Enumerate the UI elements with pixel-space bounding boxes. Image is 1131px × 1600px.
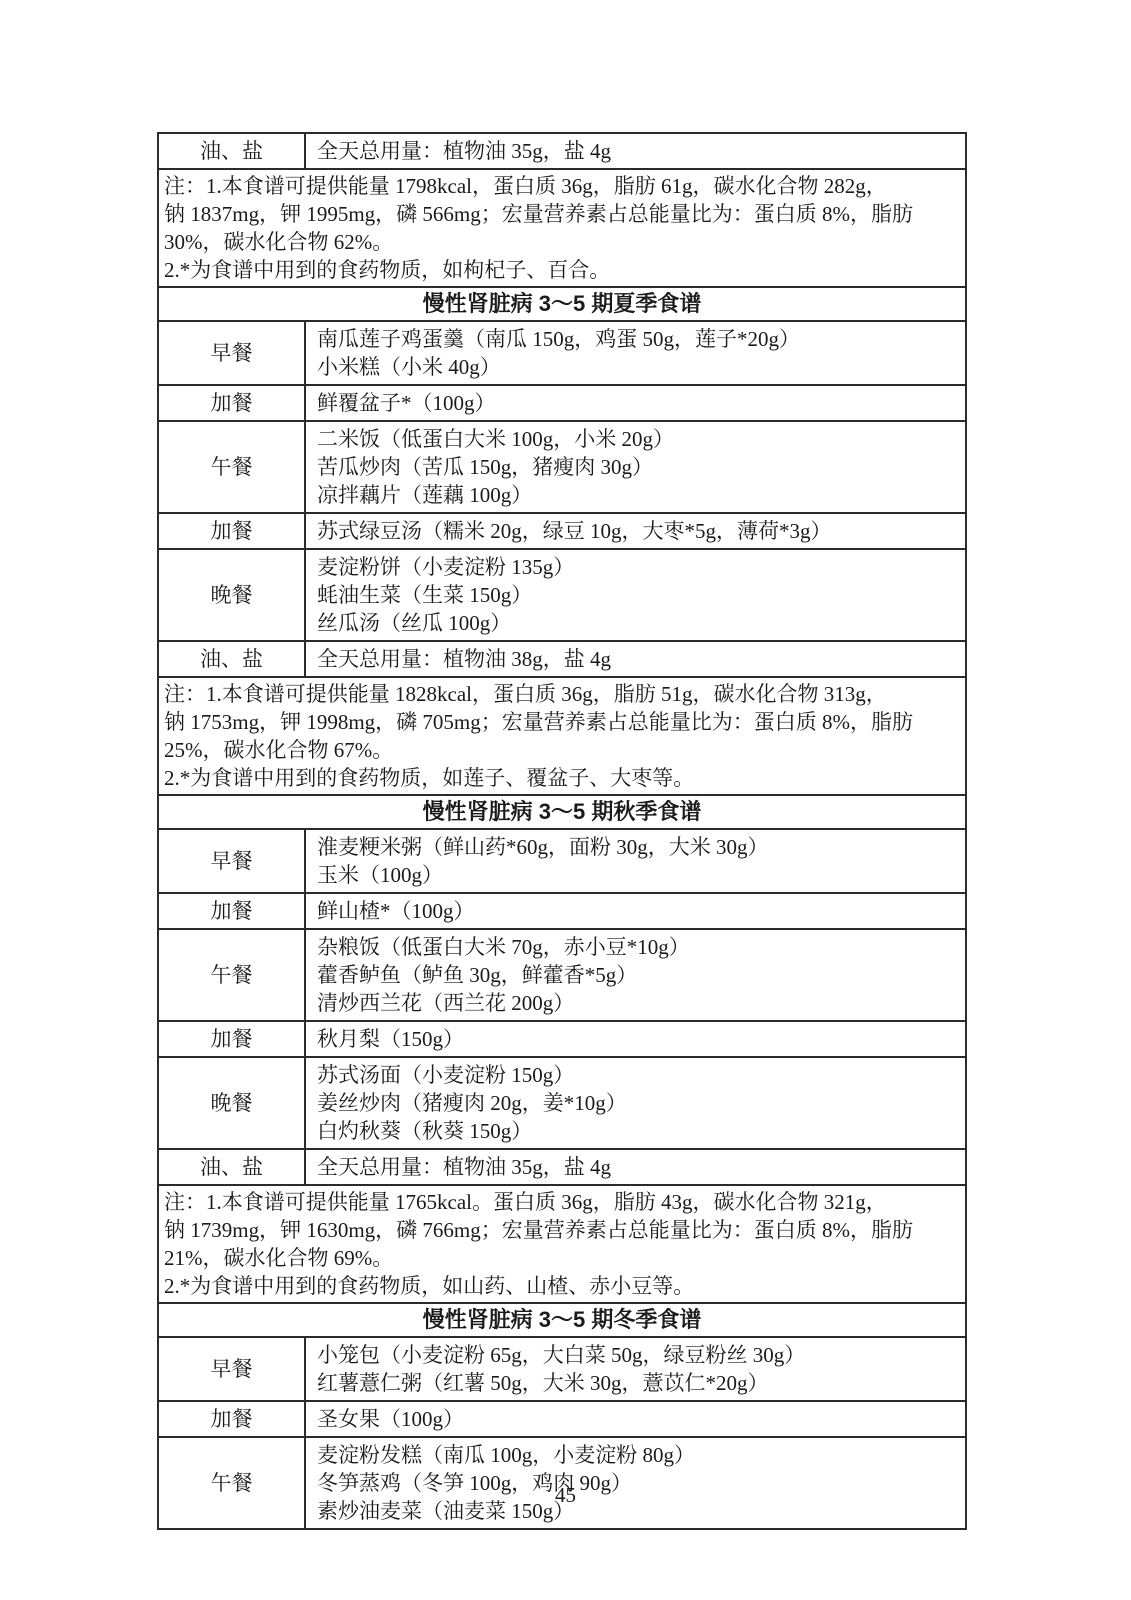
menu-line: 杂粮饭（低蛋白大米 70g，赤小豆*10g）: [317, 933, 954, 961]
season-header-row-summer: 慢性肾脏病 3～5 期夏季食谱: [158, 287, 966, 321]
menu-row: 晚餐麦淀粉饼（小麦淀粉 135g）蚝油生菜（生菜 150g）丝瓜汤（丝瓜 100…: [158, 549, 966, 641]
menu-line: 白灼秋葵（秋葵 150g）: [317, 1117, 954, 1145]
meal-label: 晚餐: [158, 1057, 305, 1149]
menu-line: 小米糕（小米 40g）: [317, 353, 954, 381]
meal-label: 加餐: [158, 385, 305, 421]
meal-label: 午餐: [158, 929, 305, 1021]
meal-label: 早餐: [158, 829, 305, 893]
menu-row: 油、盐全天总用量：植物油 35g，盐 4g: [158, 133, 966, 169]
menu-line: 淮麦粳米粥（鲜山药*60g，面粉 30g，大米 30g）: [317, 833, 954, 861]
menu-row: 加餐秋月梨（150g）: [158, 1021, 966, 1057]
meal-label: 晚餐: [158, 549, 305, 641]
menu-line: 蚝油生菜（生菜 150g）: [317, 581, 954, 609]
menu-line: 姜丝炒肉（猪瘦肉 20g，姜*10g）: [317, 1089, 954, 1117]
meal-items: 全天总用量：植物油 35g，盐 4g: [305, 133, 966, 169]
note-line: 30%，碳水化合物 62%。: [164, 228, 960, 256]
note-row-autumn: 注：1.本食谱可提供能量 1765kcal。蛋白质 36g，脂肪 43g，碳水化…: [158, 1185, 966, 1303]
menu-row: 午餐二米饭（低蛋白大米 100g，小米 20g）苦瓜炒肉（苦瓜 150g，猪瘦肉…: [158, 421, 966, 513]
menu-line: 凉拌藕片（莲藕 100g）: [317, 481, 954, 509]
page-number: 45: [0, 1483, 1131, 1507]
menu-row: 油、盐全天总用量：植物油 35g，盐 4g: [158, 1149, 966, 1185]
note-line: 2.*为食谱中用到的食药物质，如枸杞子、百合。: [164, 256, 960, 284]
menu-line: 清炒西兰花（西兰花 200g）: [317, 989, 954, 1017]
menu-line: 红薯薏仁粥（红薯 50g，大米 30g，薏苡仁*20g）: [317, 1369, 954, 1397]
note-line: 21%，碳水化合物 69%。: [164, 1244, 960, 1272]
menu-line: 麦淀粉饼（小麦淀粉 135g）: [317, 553, 954, 581]
meal-items: 鲜山楂*（100g）: [305, 893, 966, 929]
meal-items: 淮麦粳米粥（鲜山药*60g，面粉 30g，大米 30g）玉米（100g）: [305, 829, 966, 893]
meal-label: 加餐: [158, 513, 305, 549]
meal-label: 加餐: [158, 1021, 305, 1057]
menu-line: 小笼包（小麦淀粉 65g，大白菜 50g，绿豆粉丝 30g）: [317, 1341, 954, 1369]
menu-row: 加餐鲜山楂*（100g）: [158, 893, 966, 929]
meal-items: 南瓜莲子鸡蛋羹（南瓜 150g，鸡蛋 50g，莲子*20g）小米糕（小米 40g…: [305, 321, 966, 385]
menu-row: 加餐圣女果（100g）: [158, 1401, 966, 1437]
meal-items: 全天总用量：植物油 35g，盐 4g: [305, 1149, 966, 1185]
meal-label: 油、盐: [158, 1149, 305, 1185]
menu-line: 秋月梨（150g）: [317, 1025, 954, 1053]
note-line: 2.*为食谱中用到的食药物质，如莲子、覆盆子、大枣等。: [164, 764, 960, 792]
menu-line: 全天总用量：植物油 35g，盐 4g: [317, 1153, 954, 1181]
meal-items: 杂粮饭（低蛋白大米 70g，赤小豆*10g）藿香鲈鱼（鲈鱼 30g，鲜藿香*5g…: [305, 929, 966, 1021]
menu-line: 丝瓜汤（丝瓜 100g）: [317, 609, 954, 637]
season-header-row-winter: 慢性肾脏病 3～5 期冬季食谱: [158, 1303, 966, 1337]
menu-row: 午餐杂粮饭（低蛋白大米 70g，赤小豆*10g）藿香鲈鱼（鲈鱼 30g，鲜藿香*…: [158, 929, 966, 1021]
document-page: 油、盐全天总用量：植物油 35g，盐 4g注：1.本食谱可提供能量 1798kc…: [0, 0, 1131, 1600]
season-header-winter: 慢性肾脏病 3～5 期冬季食谱: [158, 1303, 966, 1337]
season-header-summer: 慢性肾脏病 3～5 期夏季食谱: [158, 287, 966, 321]
menu-line: 苏式汤面（小麦淀粉 150g）: [317, 1061, 954, 1089]
meal-items: 圣女果（100g）: [305, 1401, 966, 1437]
note-line: 25%，碳水化合物 67%。: [164, 736, 960, 764]
meal-items: 二米饭（低蛋白大米 100g，小米 20g）苦瓜炒肉（苦瓜 150g，猪瘦肉 3…: [305, 421, 966, 513]
note-line: 钠 1837mg，钾 1995mg，磷 566mg；宏量营养素占总能量比为：蛋白…: [164, 200, 960, 228]
note-line: 注：1.本食谱可提供能量 1798kcal，蛋白质 36g，脂肪 61g，碳水化…: [164, 172, 960, 200]
menu-row: 加餐苏式绿豆汤（糯米 20g，绿豆 10g，大枣*5g，薄荷*3g）: [158, 513, 966, 549]
meal-label: 加餐: [158, 1401, 305, 1437]
meal-items: 麦淀粉饼（小麦淀粉 135g）蚝油生菜（生菜 150g）丝瓜汤（丝瓜 100g）: [305, 549, 966, 641]
note-line: 钠 1753mg，钾 1998mg，磷 705mg；宏量营养素占总能量比为：蛋白…: [164, 708, 960, 736]
meal-items: 鲜覆盆子*（100g）: [305, 385, 966, 421]
meal-label: 午餐: [158, 421, 305, 513]
meal-label: 油、盐: [158, 641, 305, 677]
note-line: 2.*为食谱中用到的食药物质，如山药、山楂、赤小豆等。: [164, 1272, 960, 1300]
menu-tables-root: 油、盐全天总用量：植物油 35g，盐 4g注：1.本食谱可提供能量 1798kc…: [157, 132, 967, 1530]
meal-label: 油、盐: [158, 133, 305, 169]
menu-row: 油、盐全天总用量：植物油 38g，盐 4g: [158, 641, 966, 677]
menu-line: 二米饭（低蛋白大米 100g，小米 20g）: [317, 425, 954, 453]
note-row-summer: 注：1.本食谱可提供能量 1828kcal，蛋白质 36g，脂肪 51g，碳水化…: [158, 677, 966, 795]
meal-items: 苏式汤面（小麦淀粉 150g）姜丝炒肉（猪瘦肉 20g，姜*10g）白灼秋葵（秋…: [305, 1057, 966, 1149]
note-line: 钠 1739mg，钾 1630mg，磷 766mg；宏量营养素占总能量比为：蛋白…: [164, 1216, 960, 1244]
note-row-previous-menu-end: 注：1.本食谱可提供能量 1798kcal，蛋白质 36g，脂肪 61g，碳水化…: [158, 169, 966, 287]
meal-label: 早餐: [158, 321, 305, 385]
meal-label: 早餐: [158, 1337, 305, 1401]
note-autumn: 注：1.本食谱可提供能量 1765kcal。蛋白质 36g，脂肪 43g，碳水化…: [158, 1185, 966, 1303]
menu-line: 玉米（100g）: [317, 861, 954, 889]
meal-items: 秋月梨（150g）: [305, 1021, 966, 1057]
menu-line: 圣女果（100g）: [317, 1405, 954, 1433]
note-previous-menu-end: 注：1.本食谱可提供能量 1798kcal，蛋白质 36g，脂肪 61g，碳水化…: [158, 169, 966, 287]
meal-items: 小笼包（小麦淀粉 65g，大白菜 50g，绿豆粉丝 30g）红薯薏仁粥（红薯 5…: [305, 1337, 966, 1401]
menu-line: 全天总用量：植物油 35g，盐 4g: [317, 137, 954, 165]
menu-line: 藿香鲈鱼（鲈鱼 30g，鲜藿香*5g）: [317, 961, 954, 989]
meal-items: 苏式绿豆汤（糯米 20g，绿豆 10g，大枣*5g，薄荷*3g）: [305, 513, 966, 549]
note-line: 注：1.本食谱可提供能量 1828kcal，蛋白质 36g，脂肪 51g，碳水化…: [164, 680, 960, 708]
season-header-row-autumn: 慢性肾脏病 3～5 期秋季食谱: [158, 795, 966, 829]
menu-line: 苏式绿豆汤（糯米 20g，绿豆 10g，大枣*5g，薄荷*3g）: [317, 517, 954, 545]
menu-row: 早餐淮麦粳米粥（鲜山药*60g，面粉 30g，大米 30g）玉米（100g）: [158, 829, 966, 893]
menu-line: 苦瓜炒肉（苦瓜 150g，猪瘦肉 30g）: [317, 453, 954, 481]
menu-line: 全天总用量：植物油 38g，盐 4g: [317, 645, 954, 673]
menu-row: 早餐小笼包（小麦淀粉 65g，大白菜 50g，绿豆粉丝 30g）红薯薏仁粥（红薯…: [158, 1337, 966, 1401]
meal-items: 全天总用量：植物油 38g，盐 4g: [305, 641, 966, 677]
menu-row: 晚餐苏式汤面（小麦淀粉 150g）姜丝炒肉（猪瘦肉 20g，姜*10g）白灼秋葵…: [158, 1057, 966, 1149]
menu-table: 油、盐全天总用量：植物油 35g，盐 4g注：1.本食谱可提供能量 1798kc…: [157, 132, 967, 1530]
note-summer: 注：1.本食谱可提供能量 1828kcal，蛋白质 36g，脂肪 51g，碳水化…: [158, 677, 966, 795]
menu-line: 南瓜莲子鸡蛋羹（南瓜 150g，鸡蛋 50g，莲子*20g）: [317, 325, 954, 353]
season-header-autumn: 慢性肾脏病 3～5 期秋季食谱: [158, 795, 966, 829]
note-line: 注：1.本食谱可提供能量 1765kcal。蛋白质 36g，脂肪 43g，碳水化…: [164, 1188, 960, 1216]
menu-line: 鲜山楂*（100g）: [317, 897, 954, 925]
menu-row: 早餐南瓜莲子鸡蛋羹（南瓜 150g，鸡蛋 50g，莲子*20g）小米糕（小米 4…: [158, 321, 966, 385]
menu-row: 加餐鲜覆盆子*（100g）: [158, 385, 966, 421]
menu-line: 麦淀粉发糕（南瓜 100g，小麦淀粉 80g）: [317, 1441, 954, 1469]
menu-line: 鲜覆盆子*（100g）: [317, 389, 954, 417]
meal-label: 加餐: [158, 893, 305, 929]
